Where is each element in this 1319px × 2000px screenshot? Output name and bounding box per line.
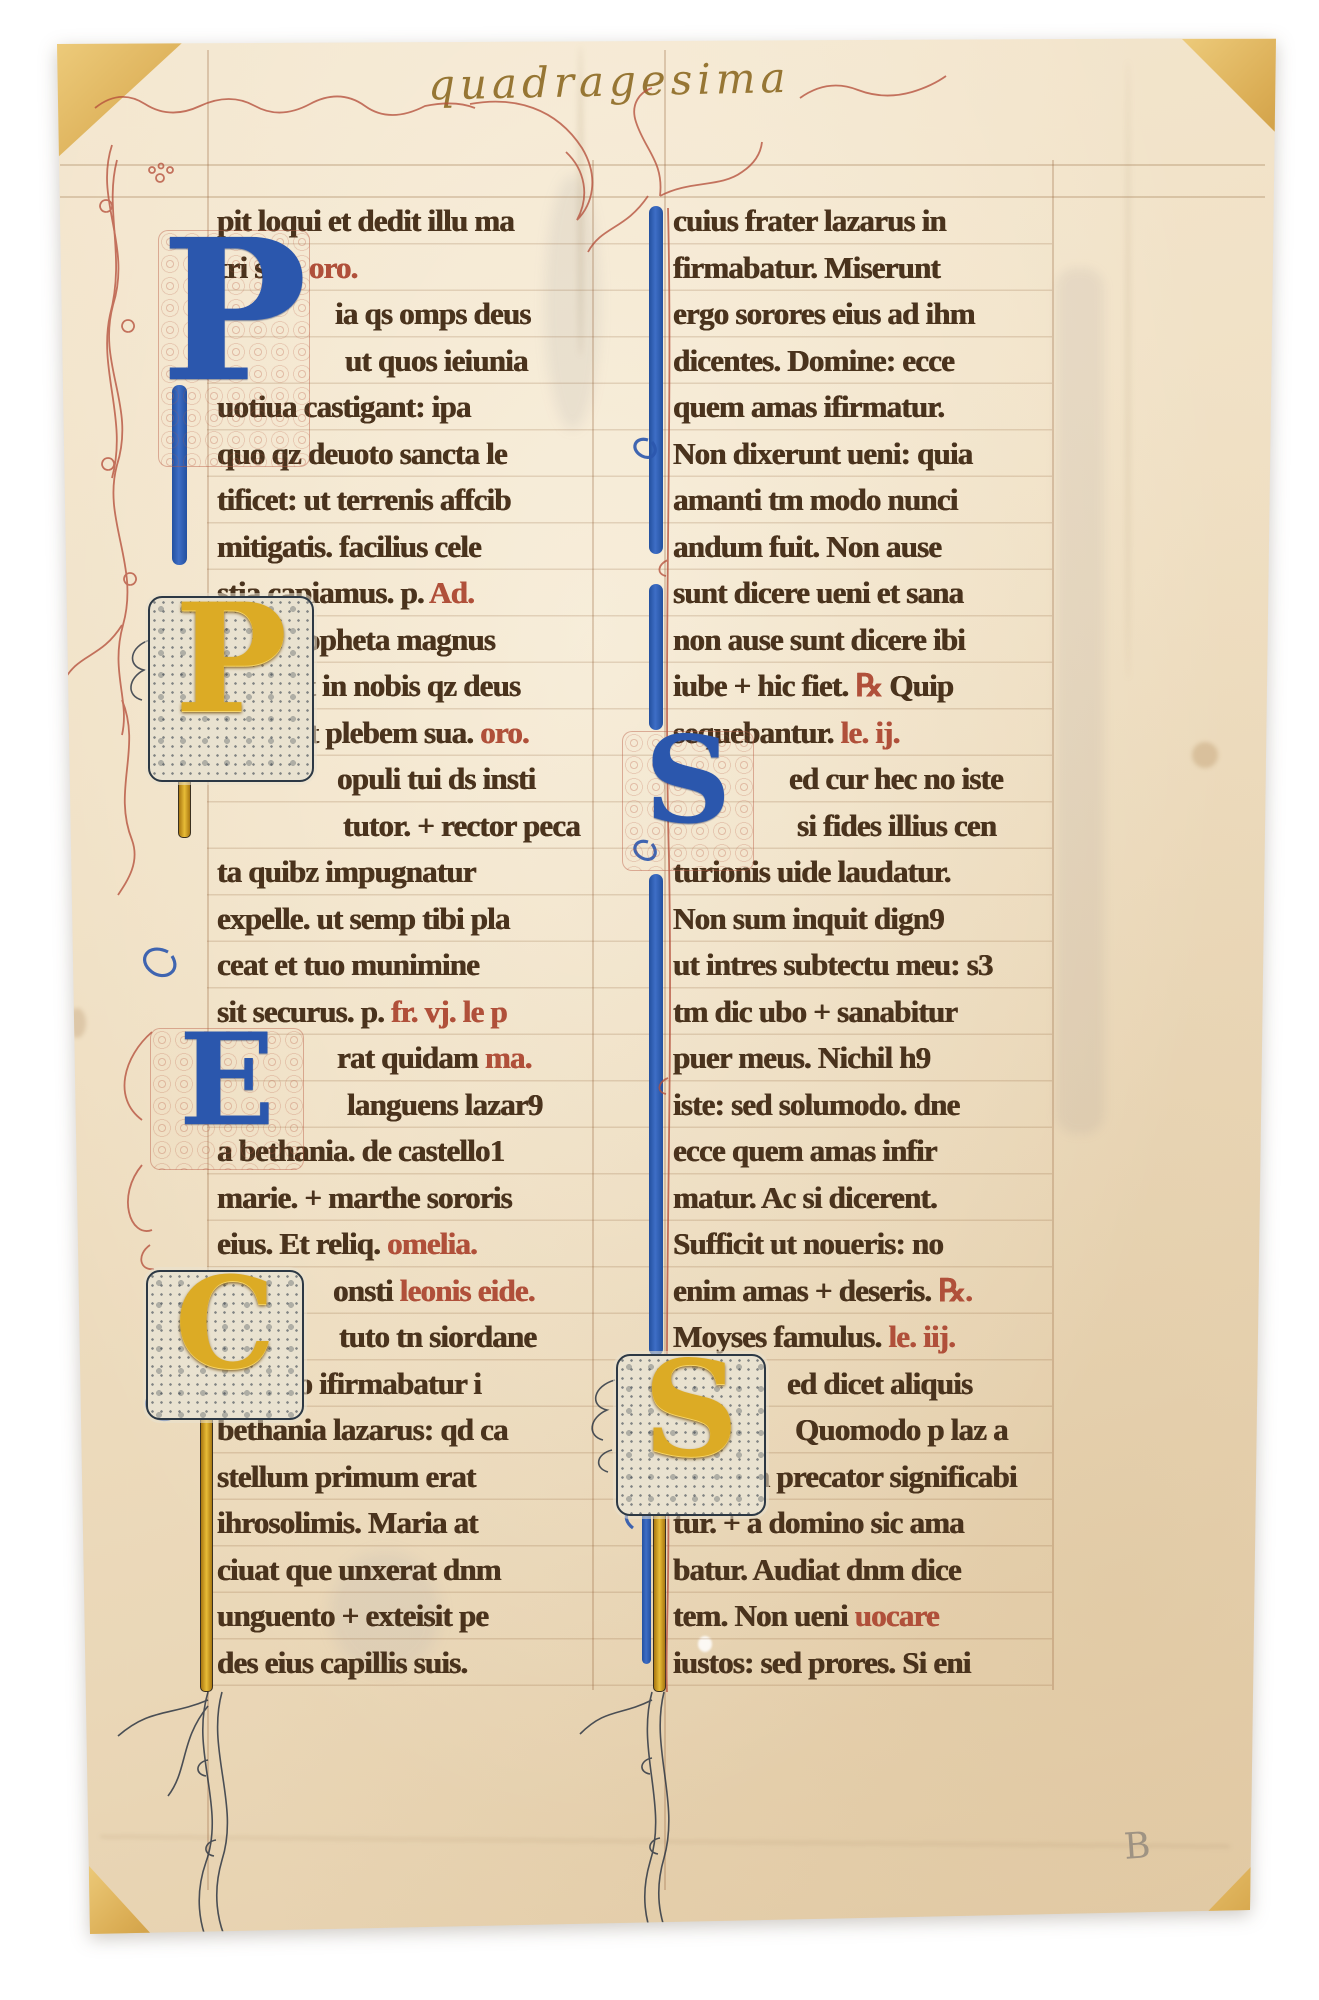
- text-line: marie. + marthe sororis: [217, 1175, 589, 1222]
- tape-corner-bottom-left: [89, 1866, 153, 1936]
- text-line: ta quibz impugnatur: [217, 849, 589, 896]
- text-line: amanti tm modo nunci: [673, 477, 1053, 524]
- rubric-text: oro.: [480, 715, 529, 750]
- body-text: ta quibz impugnatur: [217, 854, 476, 889]
- text-line: ciuat que unxerat dnm: [217, 1547, 589, 1594]
- text-line: quem amas ifirmatur.: [673, 384, 1053, 431]
- text-line: cuius frater lazarus in: [673, 198, 1053, 245]
- text-line: ut intres subtectu meu: s3: [673, 942, 1053, 989]
- body-text: ergo sorores eius ad ihm: [673, 296, 975, 331]
- body-text: Non dixerunt ueni: quia: [673, 436, 972, 471]
- body-text: mitigatis. facilius cele: [217, 529, 481, 564]
- body-text: rat quidam: [337, 1040, 485, 1075]
- body-text: stellum primum erat: [217, 1459, 476, 1494]
- body-text: tutor. + rector peca: [343, 808, 580, 843]
- header-inscription: quadragesima: [428, 52, 859, 110]
- intercolumn-bar-blue-1: [649, 206, 663, 554]
- body-text: marie. + marthe sororis: [217, 1180, 512, 1215]
- tape-corner-top-right: [1182, 39, 1276, 133]
- text-line: dicentes. Domine: ecce: [673, 338, 1053, 385]
- text-line: non ause sunt dicere ibi: [673, 617, 1053, 664]
- body-text: tificet: ut terrenis affcib: [217, 482, 511, 517]
- body-text: si fides illius cen: [797, 808, 996, 843]
- body-text: ciuat que unxerat dnm: [217, 1552, 501, 1587]
- body-text: des eius capillis suis.: [217, 1645, 467, 1680]
- verso-show-through: [1056, 268, 1104, 1134]
- body-text: matur. Ac si dicerent.: [673, 1180, 937, 1215]
- illuminated-initial-C: C: [146, 1270, 304, 1420]
- body-text: Quomodo p laz a: [795, 1412, 1008, 1447]
- body-text: ut quos ieiunia: [345, 343, 528, 378]
- rubric-text: leonis eide.: [400, 1273, 535, 1308]
- rubric-text: ℞: [855, 668, 889, 703]
- leaf-shadow-wrap: quadragesima pit loqui et dedit illu mat…: [0, 0, 1319, 2000]
- body-text: batur. Audiat dnm dice: [673, 1552, 961, 1587]
- body-text: expelle. ut semp tibi pla: [217, 901, 510, 936]
- illuminated-initial-E: E: [150, 1028, 304, 1170]
- text-line: enim amas + deseris. ℞.: [673, 1268, 1053, 1315]
- photograph-background: quadragesima pit loqui et dedit illu mat…: [0, 0, 1319, 2000]
- body-text: iustos: sed prores. Si eni: [673, 1645, 971, 1680]
- initial-letter: P: [175, 598, 288, 721]
- text-line: Sufficit ut noueris: no: [673, 1221, 1053, 1268]
- illuminated-initial-P: P: [148, 596, 314, 782]
- intercolumn-bar-blue-3: [649, 874, 663, 1356]
- body-text: sunt dicere ueni et sana: [673, 575, 963, 610]
- rubric-text: fr. vj. le p: [391, 994, 507, 1029]
- illuminated-initial-S: S: [622, 731, 754, 871]
- body-text: Sufficit ut noueris: no: [673, 1226, 943, 1261]
- text-line: iube + hic fiet. ℞ Quip: [673, 663, 1053, 710]
- body-text: onsti: [333, 1273, 400, 1308]
- body-text: firmabatur. Miserunt: [673, 250, 940, 285]
- text-line: des eius capillis suis.: [217, 1640, 589, 1687]
- text-line: tem. Non ueni uocare: [673, 1593, 1053, 1640]
- text-line: tutor. + rector peca: [217, 803, 589, 850]
- text-line: ergo sorores eius ad ihm: [673, 291, 1053, 338]
- rubric-text: oro.: [309, 250, 358, 285]
- text-line: tm dic ubo + sanabitur: [673, 989, 1053, 1036]
- stain-spot: [68, 1008, 86, 1038]
- text-line: mitigatis. facilius cele: [217, 524, 589, 571]
- text-line: matur. Ac si dicerent.: [673, 1175, 1053, 1222]
- body-text: tm dic ubo + sanabitur: [673, 994, 957, 1029]
- body-text: languens lazar9: [347, 1087, 543, 1122]
- text-line: ecce quem amas infir: [673, 1128, 1053, 1175]
- text-line: unguento + exteisit pe: [217, 1593, 589, 1640]
- text-line: iustos: sed prores. Si eni: [673, 1640, 1053, 1687]
- body-text: quem amas ifirmatur.: [673, 389, 944, 424]
- text-line: stellum primum erat: [217, 1454, 589, 1501]
- text-line: puer meus. Nichil h9: [673, 1035, 1053, 1082]
- body-text: ed cur hec no iste: [789, 761, 1003, 796]
- body-text: ia qs omps deus: [335, 296, 531, 331]
- body-text: iube + hic fiet.: [673, 668, 855, 703]
- body-text: Quip: [889, 668, 953, 703]
- body-text: tuto tn siordane: [339, 1319, 536, 1354]
- text-line: iste: sed solumodo. dne: [673, 1082, 1053, 1129]
- initial-letter: P: [161, 231, 308, 391]
- vellum-crease: [1126, 60, 1130, 680]
- body-text: ihrosolimis. Maria at: [217, 1505, 478, 1540]
- text-line: ihrosolimis. Maria at: [217, 1500, 589, 1547]
- initial-letter: C: [175, 1272, 275, 1375]
- rubric-text: ma.: [485, 1040, 532, 1075]
- rubric-text: ℞.: [938, 1273, 972, 1308]
- illuminated-initial-S: S: [616, 1354, 766, 1516]
- body-text: ecce quem amas infir: [673, 1133, 937, 1168]
- text-line: Non sum inquit dign9: [673, 896, 1053, 943]
- pencil-mark: B: [1123, 1825, 1152, 1868]
- tape-corner-top-left: [56, 43, 182, 159]
- body-text: opuli tui ds insti: [337, 761, 535, 796]
- body-text: cuius frater lazarus in: [673, 203, 946, 238]
- text-line: sunt dicere ueni et sana: [673, 570, 1053, 617]
- ruling-line-top: [60, 164, 1265, 166]
- rubric-text: le. iij.: [888, 1319, 955, 1354]
- body-text: amanti tm modo nunci: [673, 482, 958, 517]
- body-text: non ause sunt dicere ibi: [673, 622, 965, 657]
- text-line: andum fuit. Non ause: [673, 524, 1053, 571]
- text-line: tificet: ut terrenis affcib: [217, 477, 589, 524]
- body-text: andum fuit. Non ause: [673, 529, 941, 564]
- manuscript-leaf: quadragesima pit loqui et dedit illu mat…: [0, 0, 1319, 2000]
- body-text: Non sum inquit dign9: [673, 901, 944, 936]
- body-text: iste: sed solumodo. dne: [673, 1087, 959, 1122]
- text-line: ceat et tuo munimine: [217, 942, 589, 989]
- body-text: puer meus. Nichil h9: [673, 1040, 930, 1075]
- body-text: ut intres subtectu meu: s3: [673, 947, 993, 982]
- initial-letter: S: [643, 1356, 738, 1464]
- illuminated-initial-P: P: [158, 230, 310, 467]
- tape-corner-bottom-right: [1188, 1842, 1268, 1932]
- rubric-text: le. ij.: [841, 715, 900, 750]
- body-text: enim amas + deseris.: [673, 1273, 938, 1308]
- stain-spot: [1192, 742, 1218, 768]
- body-text: ed dicet aliquis: [787, 1366, 972, 1401]
- rubric-text: uocare: [855, 1598, 939, 1633]
- intercolumn-bar-blue-2: [649, 584, 663, 730]
- body-text: dicentes. Domine: ecce: [673, 343, 954, 378]
- body-text: unguento + exteisit pe: [217, 1598, 488, 1633]
- text-line: batur. Audiat dnm dice: [673, 1547, 1053, 1594]
- initial-letter: E: [179, 1029, 275, 1132]
- text-line: expelle. ut semp tibi pla: [217, 896, 589, 943]
- text-line: Non dixerunt ueni: quia: [673, 431, 1053, 478]
- rubric-text: Ad.: [429, 575, 474, 610]
- rubric-text: omelia.: [387, 1226, 477, 1261]
- body-text: ceat et tuo munimine: [217, 947, 479, 982]
- text-line: firmabatur. Miserunt: [673, 245, 1053, 292]
- initial-letter: S: [645, 732, 732, 830]
- body-text: tem. Non ueni: [673, 1598, 855, 1633]
